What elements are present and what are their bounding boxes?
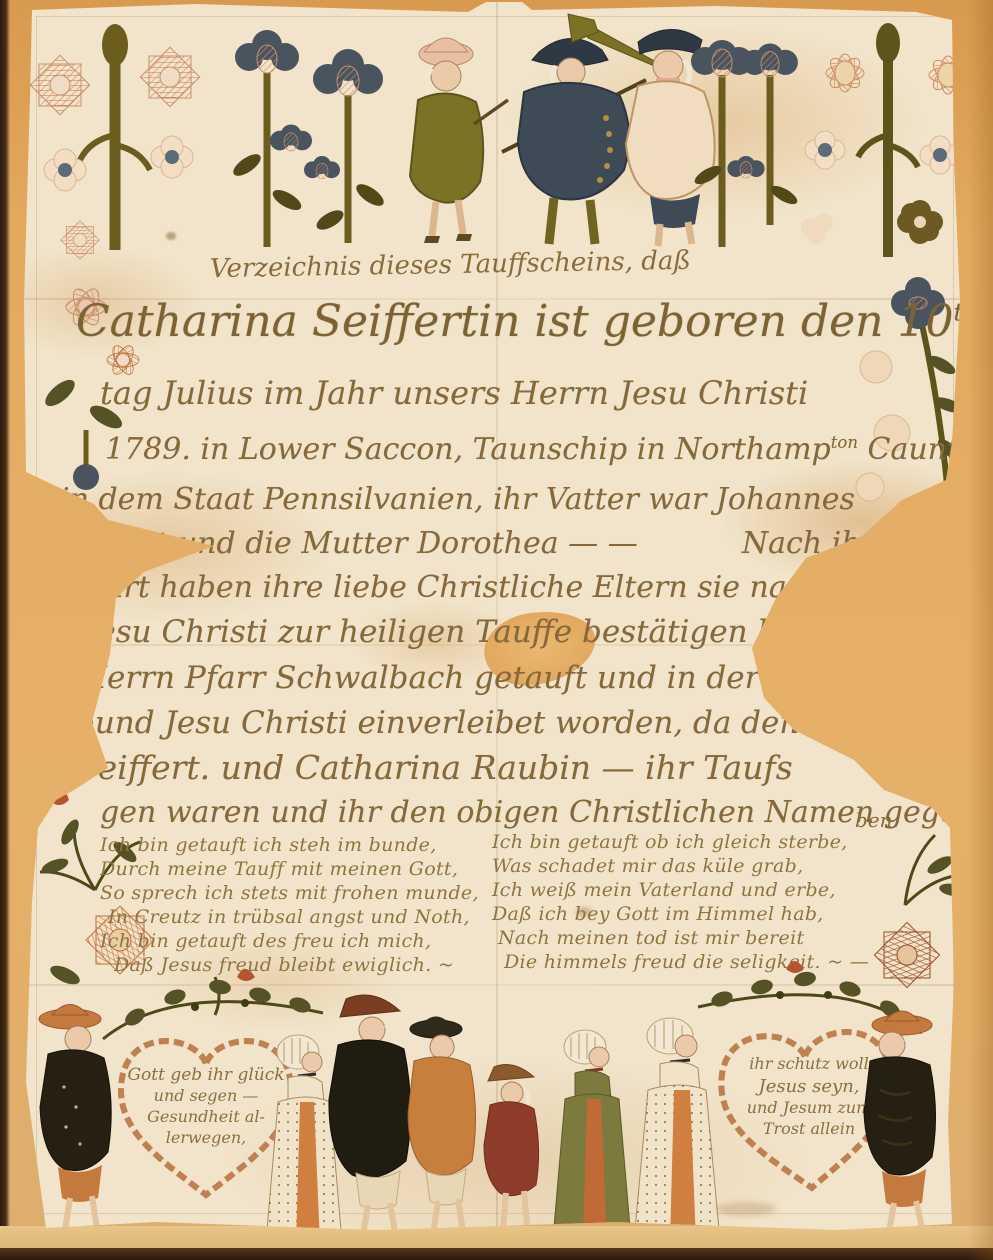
verse-left-line-5: Ich bin getauft des freu ich mich, [100,929,479,953]
certificate-line-4: Seiffert und die Mutter Dorothea — — Nac… [55,526,907,561]
verse-column-left: Ich bin getauft ich steh im bunde, Durch… [100,833,479,977]
certificate-line-7: Herrn Pfarr Schwalbach getauft und in de… [80,660,837,696]
blue-tulip-cluster-a [225,25,310,255]
framed-fraktur-taufschein: { "certificate": { "heading": "Verzeichn… [0,0,993,1260]
line-2-b: Caunty [858,432,976,467]
verse-left-line-6: Daß Jesus freud bleibt ewiglich. ~ [100,953,479,977]
line-4-b: Nach ihrer [742,526,907,561]
certificate-line-6: Jesu Christi zur heiligen Tauffe bestäti… [85,614,786,650]
fiddler-figure [388,30,505,245]
certificate-line-5: burt haben ihre liebe Christliche Eltern… [85,570,869,605]
pink-daisies-top-right [800,15,970,265]
stain [166,232,176,240]
line-2-a: 1789. in Lower Saccon, Taunschip in Nort… [105,432,831,467]
frame-bottom-edge [0,1246,993,1260]
certificate-line-9: Seiffert. und Catharina Raubin — ihr Tau… [75,748,793,787]
verse-right-line-2: Was schadet mir das küle grab, [492,854,869,878]
verse-right-line-5: Nach meinen tod ist mir bereit [492,926,869,950]
flowering-plant-top-left [20,15,210,255]
certificate-name-line: Catharina Seiffertin ist geboren den 10t… [76,296,993,347]
verse-left-line-4: In Creutz in trübsal angst und Noth, [100,905,479,929]
frame-left-edge [0,0,10,1260]
blue-tulip-cluster-b [300,45,395,250]
certificate-line-1: tag Julius im Jahr unsers Herrn Jesu Chr… [100,374,808,412]
verse-column-right: Ich bin getauft ob ich gleich sterbe, Wa… [492,830,869,974]
stain [716,1202,776,1216]
verse-left-line-1: Ich bin getauft ich steh im bunde, [100,833,479,857]
certificate-line-3: in dem Staat Pennsilvanien, ihr Vatter w… [60,482,855,517]
floral-border-right-mid [850,245,970,530]
verse-right-line-3: Ich weiß mein Vaterland und erbe, [492,878,869,902]
certificate-carryover: ben. [855,808,899,832]
stain [576,907,592,917]
mat-right-shadow [967,0,993,1260]
name-line-text: Catharina Seiffertin ist geboren den 10 [76,296,954,347]
verse-right-line-1: Ich bin getauft ob ich gleich sterbe, [492,830,869,854]
certificate-line-2: 1789. in Lower Saccon, Taunschip in Nort… [105,432,976,467]
verse-right-line-4: Daß ich bey Gott im Himmel hab, [492,902,869,926]
verse-left-line-3: So sprech ich stets mit frohen munde, [100,881,479,905]
certificate-line-10: gen waren und ihr den obigen Christliche… [100,795,968,830]
gentleman-figure-far-right [840,995,960,1245]
line-4-a: Seiffert und die Mutter Dorothea — — [55,526,638,561]
line-2-superscript: ton [831,433,858,452]
verse-left-line-2: Durch meine Tauff mit meinen Gott, [100,857,479,881]
paper-sheet: Verzeichnis dieses Tauffscheins, daß Cat… [16,2,978,1232]
blue-tulips-top-right [688,25,805,255]
certificate-line-8: bund Jesu Christi einverleibet worden, d… [75,705,819,741]
